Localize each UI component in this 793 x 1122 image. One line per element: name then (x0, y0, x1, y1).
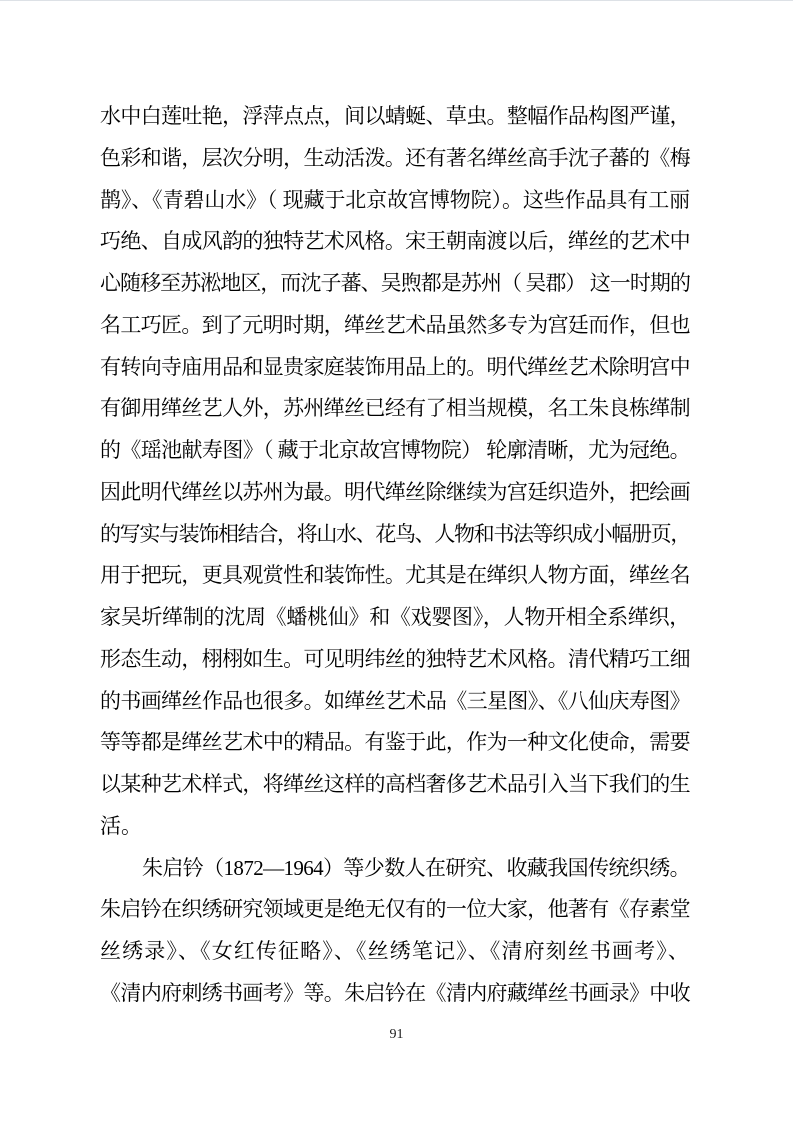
text-line-content: 用于把玩，更具观赏性和装饰性。尤其是在缂织人物方面，缂丝名 (100, 555, 690, 597)
document-page: 水中白莲吐艳，浮萍点点，间以蜻蜒、草虫。整幅作品构图严谨，色彩和谐，层次分明，生… (0, 0, 793, 1122)
text-line: 名工巧匠。到了元明时期，缂丝艺术品虽然多专为宫廷而作，但也 (100, 305, 690, 347)
text-line-content: 水中白莲吐艳，浮萍点点，间以蜻蜒、草虫。整幅作品构图严谨， (100, 96, 690, 138)
text-line-content: 因此明代缂丝以苏州为最。明代缂丝除继续为宫廷织造外，把绘画 (100, 472, 690, 514)
text-line: 等等都是缂丝艺术中的精品。有鉴于此，作为一种文化使命，需要 (100, 722, 690, 764)
text-line-content: 的《瑶池献寿图》（ 藏于北京故宫博物院） 轮廓清晰，尤为冠绝。 (100, 430, 690, 472)
text-line: 有御用缂丝艺人外，苏州缂丝已经有了相当规模，名工朱良栋缂制 (100, 388, 690, 430)
text-line: 用于把玩，更具观赏性和装饰性。尤其是在缂织人物方面，缂丝名 (100, 555, 690, 597)
text-line-content: 家吴圻缂制的沈周《蟠桃仙》和《戏婴图》，人物开相全系缂织， (100, 597, 690, 639)
text-line: 以某种艺术样式，将缂丝这样的高档奢侈艺术品引入当下我们的生 (100, 764, 690, 806)
text-line-content: 色彩和谐，层次分明，生动活泼。还有著名缂丝高手沈子蕃的《梅 (100, 138, 690, 180)
text-line-content: 有转向寺庙用品和显贵家庭装饰用品上的。明代缂丝艺术除明宫中 (100, 347, 690, 389)
text-line: 心随移至苏淞地区，而沈子蕃、吴煦都是苏州（ 吴郡） 这一时期的 (100, 263, 690, 305)
text-line-content: 名工巧匠。到了元明时期，缂丝艺术品虽然多专为宫廷而作，但也 (100, 305, 690, 347)
text-line: 色彩和谐，层次分明，生动活泼。还有著名缂丝高手沈子蕃的《梅 (100, 138, 690, 180)
text-line-content: 形态生动，栩栩如生。可见明纬丝的独特艺术风格。清代精巧工细 (100, 639, 690, 681)
text-line-content: 活。 (100, 806, 142, 848)
text-line-content: 丝绣录》、《女红传征略》、《丝绣笔记》、《清府刻丝书画考》、 (100, 931, 690, 973)
text-line: 《清内府刺绣书画考》等。朱启钤在《清内府藏缂丝书画录》中收 (100, 973, 690, 1015)
text-line: 朱启钤（1872—1964）等少数人在研究、收藏我国传统织绣。 (100, 848, 690, 890)
text-line-content: 等等都是缂丝艺术中的精品。有鉴于此，作为一种文化使命，需要 (100, 722, 690, 764)
text-line-content: 有御用缂丝艺人外，苏州缂丝已经有了相当规模，名工朱良栋缂制 (100, 388, 690, 430)
text-line: 的《瑶池献寿图》（ 藏于北京故宫博物院） 轮廓清晰，尤为冠绝。 (100, 430, 690, 472)
text-line-content: 巧绝、自成风韵的独特艺术风格。宋王朝南渡以后，缂丝的艺术中 (100, 221, 690, 263)
text-line: 的书画缂丝作品也很多。如缂丝艺术品《三星图》、《八仙庆寿图》 (100, 681, 690, 723)
page-number: 91 (0, 1026, 793, 1044)
text-line-content: 鹊》、《青碧山水》（ 现藏于北京故宫博物院）。这些作品具有工丽 (100, 180, 690, 222)
text-line: 水中白莲吐艳，浮萍点点，间以蜻蜒、草虫。整幅作品构图严谨， (100, 96, 690, 138)
text-line: 因此明代缂丝以苏州为最。明代缂丝除继续为宫廷织造外，把绘画 (100, 472, 690, 514)
text-line: 巧绝、自成风韵的独特艺术风格。宋王朝南渡以后，缂丝的艺术中 (100, 221, 690, 263)
text-line-content: 以某种艺术样式，将缂丝这样的高档奢侈艺术品引入当下我们的生 (100, 764, 690, 806)
text-line-content: 朱启钤（1872—1964）等少数人在研究、收藏我国传统织绣。 (142, 848, 690, 890)
text-line-content: 心随移至苏淞地区，而沈子蕃、吴煦都是苏州（ 吴郡） 这一时期的 (100, 263, 690, 305)
text-line-content: 的写实与装饰相结合，将山水、花鸟、人物和书法等织成小幅册页， (100, 514, 690, 556)
text-line: 活。 (100, 806, 690, 848)
text-line: 丝绣录》、《女红传征略》、《丝绣笔记》、《清府刻丝书画考》、 (100, 931, 690, 973)
text-line: 鹊》、《青碧山水》（ 现藏于北京故宫博物院）。这些作品具有工丽 (100, 180, 690, 222)
text-line: 家吴圻缂制的沈周《蟠桃仙》和《戏婴图》，人物开相全系缂织， (100, 597, 690, 639)
text-line: 的写实与装饰相结合，将山水、花鸟、人物和书法等织成小幅册页， (100, 514, 690, 556)
text-line: 朱启钤在织绣研究领域更是绝无仅有的一位大家，他著有《存素堂 (100, 889, 690, 931)
text-line-content: 的书画缂丝作品也很多。如缂丝艺术品《三星图》、《八仙庆寿图》 (100, 681, 690, 723)
text-line: 形态生动，栩栩如生。可见明纬丝的独特艺术风格。清代精巧工细 (100, 639, 690, 681)
text-line-content: 朱启钤在织绣研究领域更是绝无仅有的一位大家，他著有《存素堂 (100, 889, 690, 931)
text-line: 有转向寺庙用品和显贵家庭装饰用品上的。明代缂丝艺术除明宫中 (100, 347, 690, 389)
page-top-edge (0, 0, 793, 1)
text-line-content: 《清内府刺绣书画考》等。朱启钤在《清内府藏缂丝书画录》中收 (100, 973, 690, 1015)
body-text: 水中白莲吐艳，浮萍点点，间以蜻蜒、草虫。整幅作品构图严谨，色彩和谐，层次分明，生… (100, 96, 690, 1015)
